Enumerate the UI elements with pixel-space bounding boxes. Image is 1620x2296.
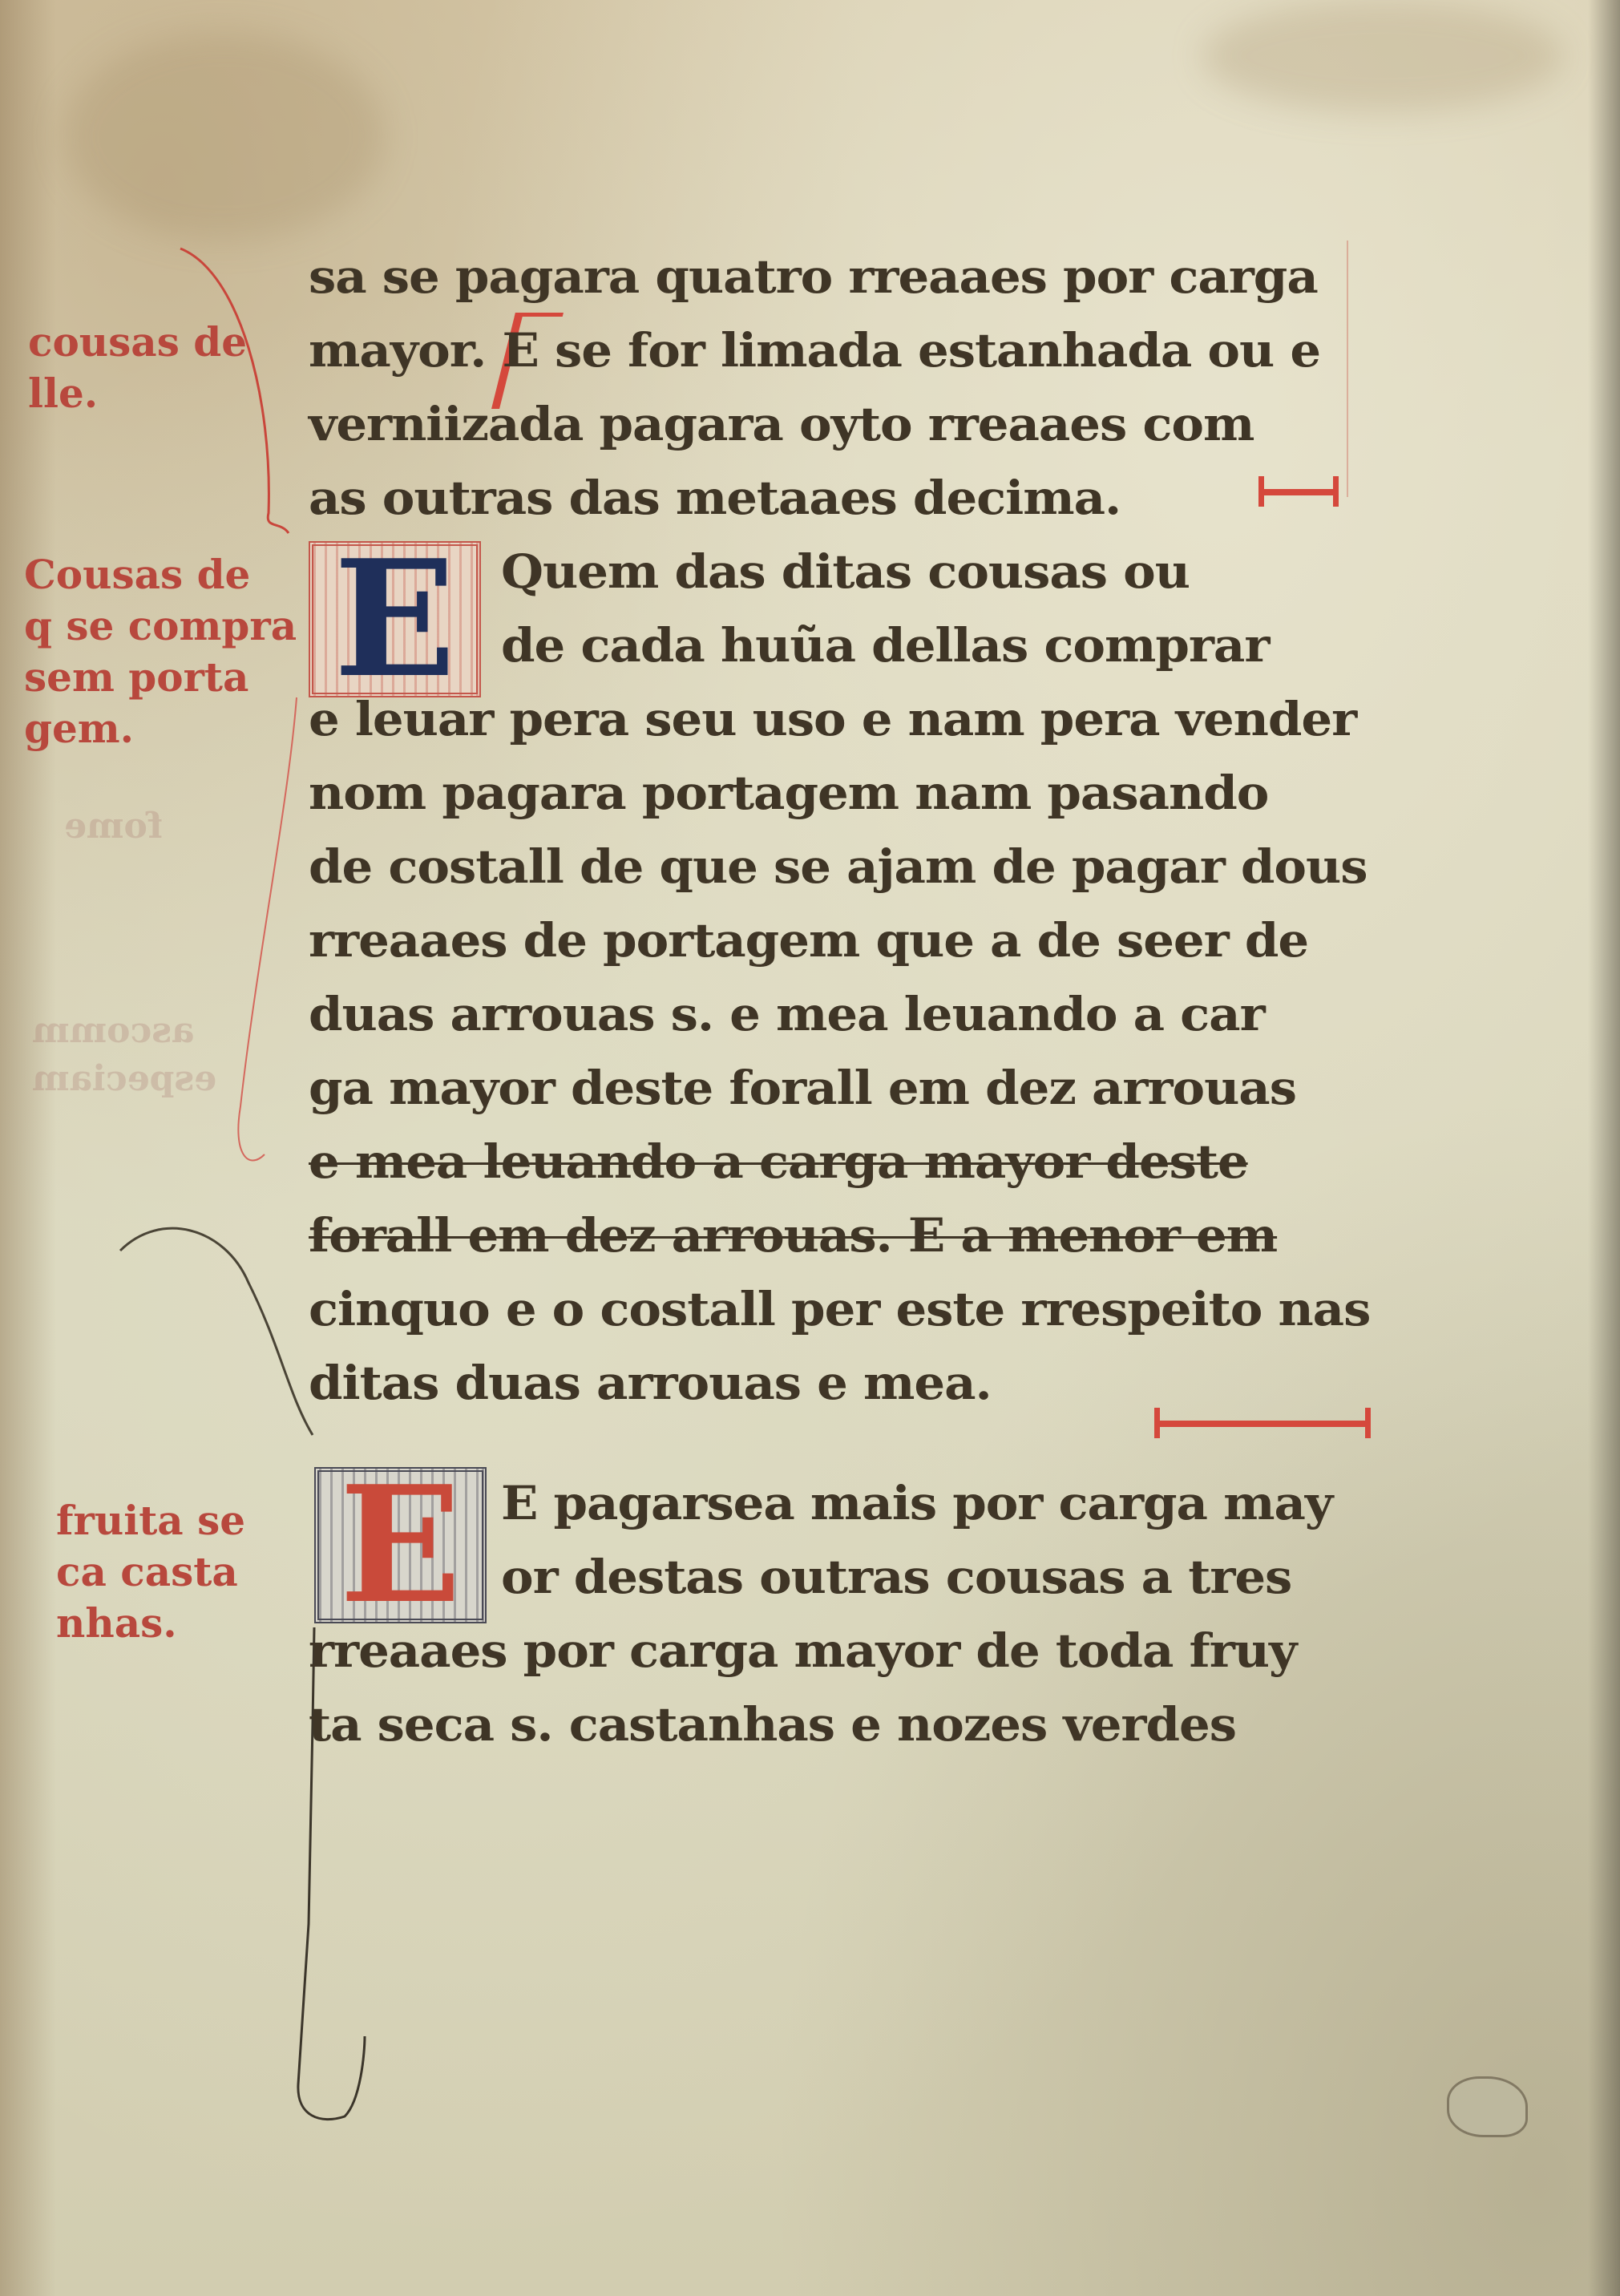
rubric-line: nhas.: [56, 1598, 245, 1649]
text-line: sa se pagara quatro rreaaes por carga: [309, 241, 1318, 313]
text-line: verniizada pagara oyto rreaaes com: [309, 388, 1254, 460]
rubric-line: ca casta: [56, 1546, 245, 1598]
rubric-line: Cousas de: [24, 549, 297, 600]
text-line: forall em dez arrouas. E a menor em: [309, 1199, 1277, 1271]
text-line: as outras das metaaes decima.: [309, 462, 1121, 534]
decorated-initial-red: E: [314, 1467, 487, 1623]
rubric-line: gem.: [24, 703, 297, 754]
text-line: de cada huũa dellas comprar: [501, 609, 1269, 681]
text-line: ditas duas arrouas e mea.: [309, 1347, 992, 1419]
margin-rubric-2: Cousas de q se compra sem porta gem.: [24, 549, 297, 754]
struck-text: forall em dez arrouas. E a menor em: [309, 1208, 1277, 1263]
text-line: rreaaes de portagem que a de seer de: [309, 904, 1308, 976]
rubric-line: lle.: [28, 368, 247, 419]
text-line: duas arrouas s. e mea leuando a car: [309, 978, 1265, 1050]
text-line: e leuar pera seu uso e nam pera vender: [309, 683, 1356, 755]
rubric-line: cousas de: [28, 317, 247, 368]
margin-rubric-3: fruita se ca casta nhas.: [56, 1495, 245, 1649]
text-line: rreaaes por carga mayor de toda fruy: [309, 1615, 1296, 1687]
text-line: e mea leuando a carga mayor deste: [309, 1126, 1248, 1198]
struck-text: e mea leuando a carga mayor deste: [309, 1134, 1248, 1189]
text-line: ga mayor deste forall em dez arrouas: [309, 1052, 1296, 1124]
initial-letter: E: [339, 1465, 461, 1626]
text-line: ta seca s. castanhas e nozes verdes: [309, 1688, 1236, 1760]
line-filler: [1154, 1421, 1371, 1427]
rubric-line: sem porta: [24, 652, 297, 703]
text-line: E pagarsea mais por carga may: [501, 1467, 1332, 1539]
initial-letter: E: [333, 540, 455, 700]
decorated-initial-blue: E: [309, 541, 481, 697]
parchment-hole: [1447, 2076, 1528, 2137]
text-line: mayor. E se for limada estanhada ou e: [309, 314, 1320, 386]
rubric-line: q se compra: [24, 600, 297, 652]
line-filler: [1258, 489, 1339, 495]
text-line: cinquo e o costall per este rrespeito na…: [309, 1273, 1370, 1345]
text-line: or destas outras cousas a tres: [501, 1541, 1291, 1613]
text-line: de costall de que se ajam de pagar dous: [309, 831, 1367, 903]
text-line: nom pagara portagem nam pasando: [309, 757, 1268, 829]
rubric-line: fruita se: [56, 1495, 245, 1546]
margin-rubric-1: cousas de lle.: [28, 317, 247, 419]
text-line: Quem das ditas cousas ou: [501, 536, 1190, 608]
